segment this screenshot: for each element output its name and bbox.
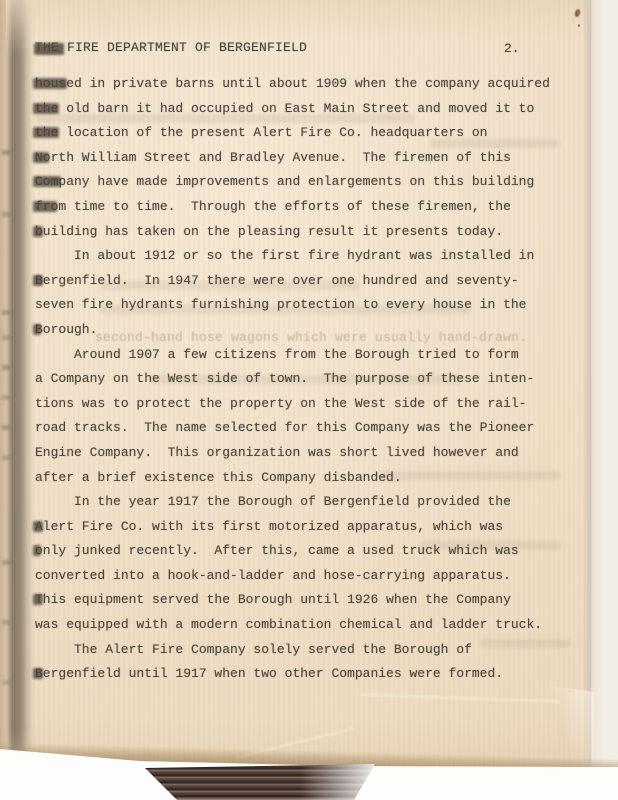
body-line-text: In the year 1917 the Borough of Bergenfi…	[74, 494, 511, 509]
body-line-text: Alert Fire Co. with its first motorized …	[35, 519, 503, 534]
body-line-text: This equipment served the Borough until …	[35, 592, 511, 607]
body-line: Borough.	[35, 318, 580, 343]
body-line-text: In about 1912 or so the first fire hydra…	[74, 248, 534, 263]
body-line: was equipped with a modern combination c…	[35, 613, 580, 638]
body-line-text: a Company on the West side of town. The …	[35, 371, 534, 386]
body-line-text: only junked recently. After this, came a…	[35, 543, 519, 558]
body-line: tions was to protect the property on the…	[35, 392, 580, 417]
body-line-text: Bergenfield. In 1947 there were over one…	[35, 273, 519, 288]
body-line-text: was equipped with a modern combination c…	[35, 617, 542, 632]
body-line: seven fire hydrants furnishing protectio…	[35, 293, 580, 318]
body-line-text: Company have made improvements and enlar…	[35, 174, 534, 189]
page-title: THE FIRE DEPARTMENT OF BERGENFIELD	[35, 41, 307, 55]
body-line: from time to time. Through the efforts o…	[35, 195, 580, 220]
body-line-text: North William Street and Bradley Avenue.…	[35, 150, 511, 165]
body-line: the location of the present Alert Fire C…	[35, 121, 580, 146]
body-line: only junked recently. After this, came a…	[35, 539, 580, 564]
body-line: Bergenfield. In 1947 there were over one…	[35, 269, 580, 294]
body-line: In about 1912 or so the first fire hydra…	[35, 244, 580, 269]
body-line: the old barn it had occupied on East Mai…	[35, 97, 580, 122]
body-line: housed in private barns until about 1909…	[35, 72, 580, 97]
book-spine-edge	[140, 763, 375, 800]
body-line-text: housed in private barns until about 1909…	[35, 76, 550, 91]
body-line: This equipment served the Borough until …	[35, 588, 580, 613]
body-line: Around 1907 a few citizens from the Boro…	[35, 343, 580, 368]
body-line: In the year 1917 the Borough of Bergenfi…	[35, 490, 580, 515]
typed-content: THE FIRE DEPARTMENT OF BERGENFIELD 2. ho…	[0, 0, 618, 800]
body-line-text: road tracks. The name selected for this …	[35, 420, 534, 435]
body-line: Alert Fire Co. with its first motorized …	[35, 515, 580, 540]
corner-crease	[538, 684, 594, 768]
body-line: converted into a hook-and-ladder and hos…	[35, 564, 580, 589]
ink-smudge	[34, 43, 64, 55]
body-line: a Company on the West side of town. The …	[35, 367, 580, 392]
body-line-text: the location of the present Alert Fire C…	[35, 125, 487, 140]
body-line-text: Bergenfield until 1917 when two other Co…	[35, 666, 503, 681]
body-line: Company have made improvements and enlar…	[35, 170, 580, 195]
body-line: after a brief existence this Company dis…	[35, 466, 580, 491]
scanned-document: second-hand hose wagons which were usual…	[0, 0, 618, 800]
body-line-text: after a brief existence this Company dis…	[35, 470, 402, 485]
body-line-text: Borough.	[35, 322, 97, 337]
page: second-hand hose wagons which were usual…	[0, 0, 618, 800]
body-line: Engine Company. This organization was sh…	[35, 441, 580, 466]
body-text: housed in private barns until about 1909…	[35, 72, 580, 687]
body-line-text: Engine Company. This organization was sh…	[35, 445, 519, 460]
body-line: Bergenfield until 1917 when two other Co…	[35, 662, 580, 687]
body-line-text: building has taken on the pleasing resul…	[35, 224, 503, 239]
body-line-text: converted into a hook-and-ladder and hos…	[35, 568, 511, 583]
body-line-text: Around 1907 a few citizens from the Boro…	[74, 347, 519, 362]
body-line-text: the old barn it had occupied on East Mai…	[35, 101, 534, 116]
page-number: 2.	[504, 41, 520, 56]
body-line: North William Street and Bradley Avenue.…	[35, 146, 580, 171]
body-line: road tracks. The name selected for this …	[35, 416, 580, 441]
body-line: building has taken on the pleasing resul…	[35, 220, 580, 245]
body-line-text: seven fire hydrants furnishing protectio…	[35, 297, 526, 312]
body-line-text: from time to time. Through the efforts o…	[35, 199, 511, 214]
scan-speck	[578, 24, 580, 27]
body-line: The Alert Fire Company solely served the…	[35, 638, 580, 663]
body-line-text: The Alert Fire Company solely served the…	[74, 642, 472, 657]
body-line-text: tions was to protect the property on the…	[35, 396, 526, 411]
